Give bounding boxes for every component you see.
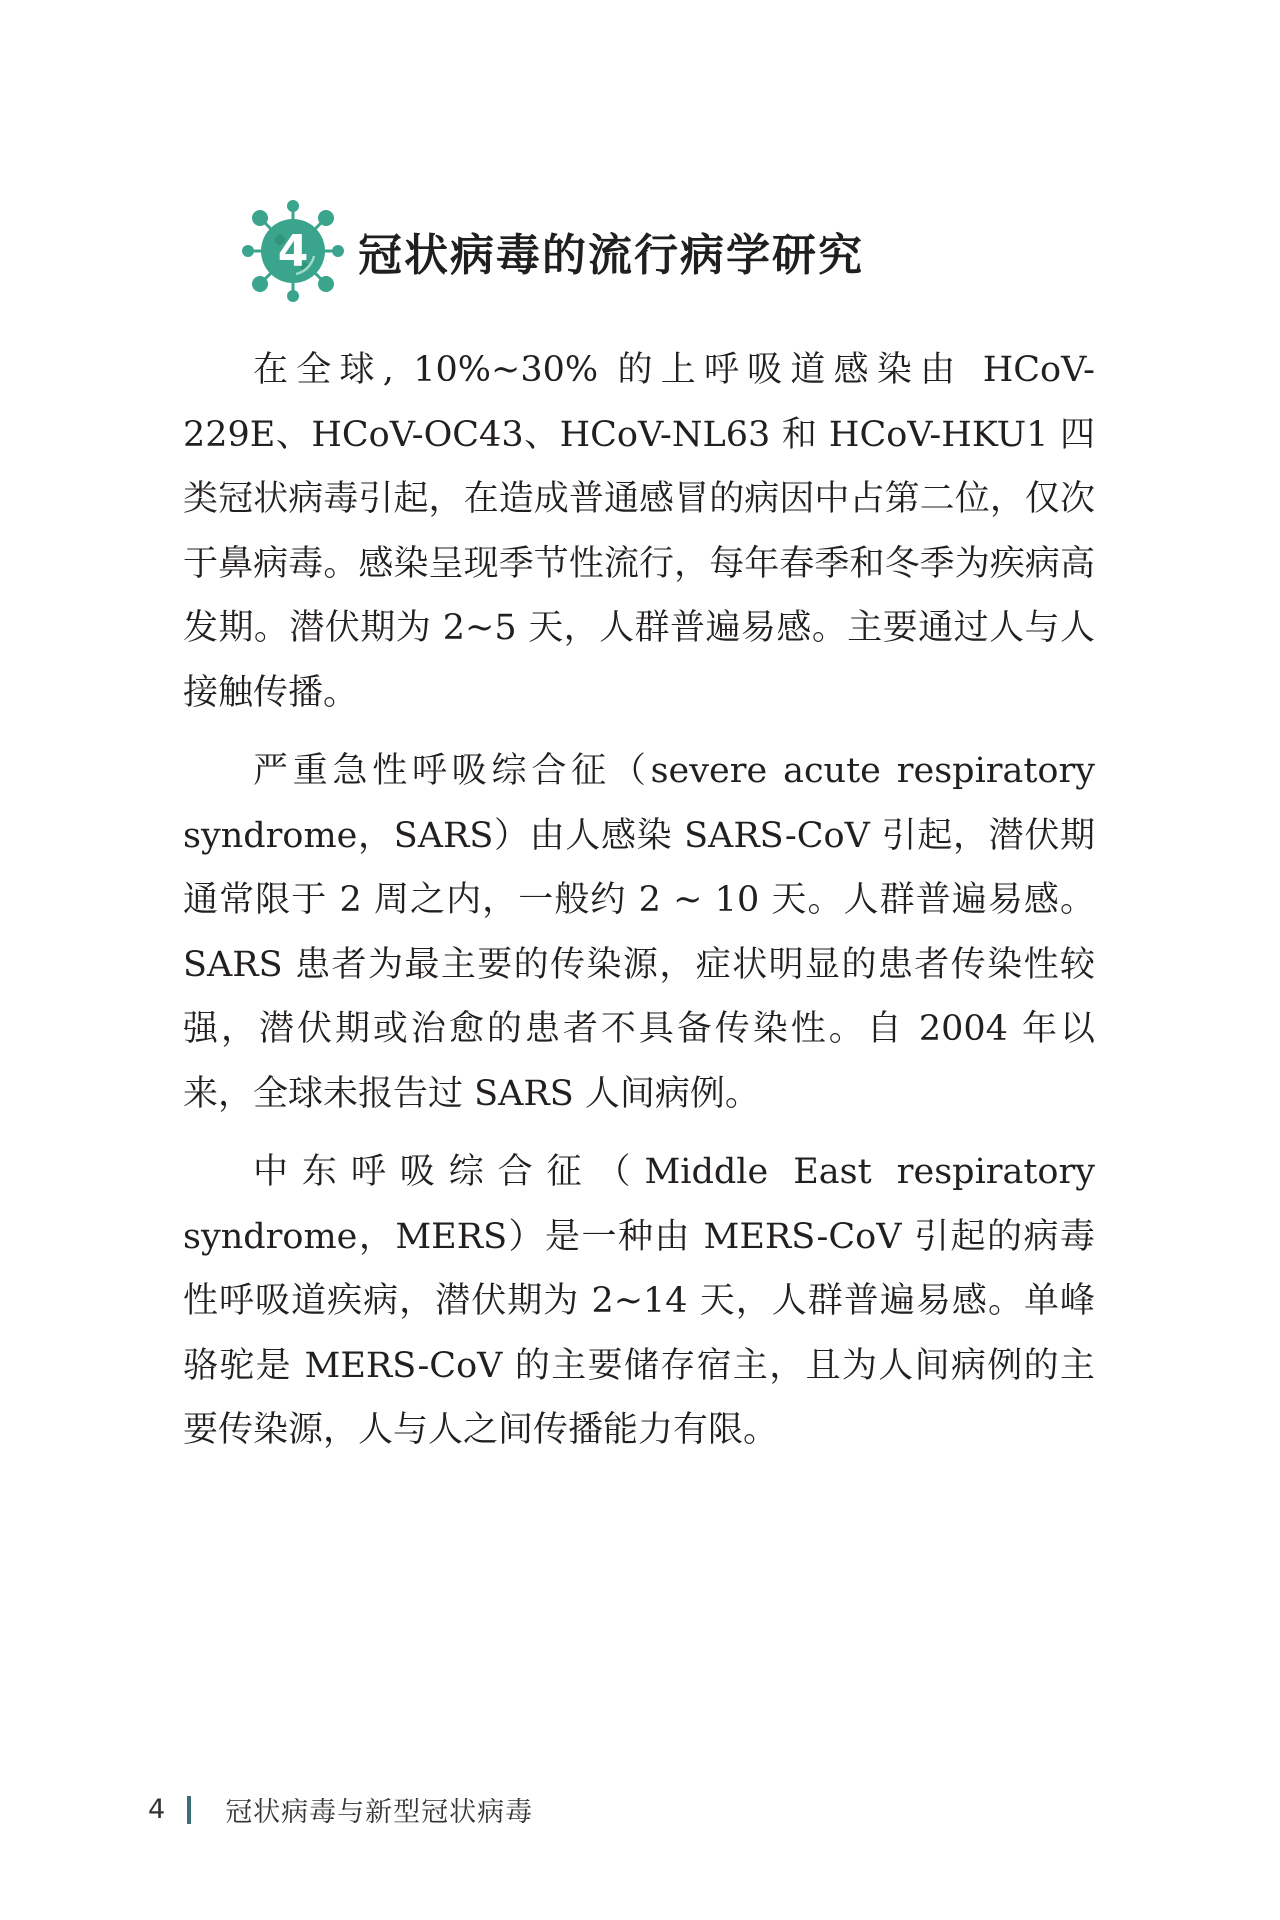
paragraph-sars: 严重急性呼吸综合征（severe acute respiratory syndr…	[183, 739, 1095, 1126]
paragraph-hcov: 在全球, 10%~30% 的上呼吸道感染由 HCoV-229E、HCoV-OC4…	[183, 338, 1095, 725]
page-number: 4	[148, 1794, 165, 1825]
section-title: 冠状病毒的流行病学研究	[358, 219, 864, 283]
virus-number-badge-icon: 4	[238, 196, 348, 306]
footer-divider	[187, 1796, 191, 1824]
paragraph-mers: 中东呼吸综合征（Middle East respiratory syndrome…	[183, 1140, 1095, 1463]
page-footer: 4 冠状病毒与新型冠状病毒	[148, 1790, 533, 1829]
book-title: 冠状病毒与新型冠状病毒	[225, 1790, 533, 1829]
svg-text:4: 4	[278, 226, 309, 277]
section-heading: 4 冠状病毒的流行病学研究	[238, 196, 864, 306]
body-text: 在全球, 10%~30% 的上呼吸道感染由 HCoV-229E、HCoV-OC4…	[183, 338, 1095, 1477]
